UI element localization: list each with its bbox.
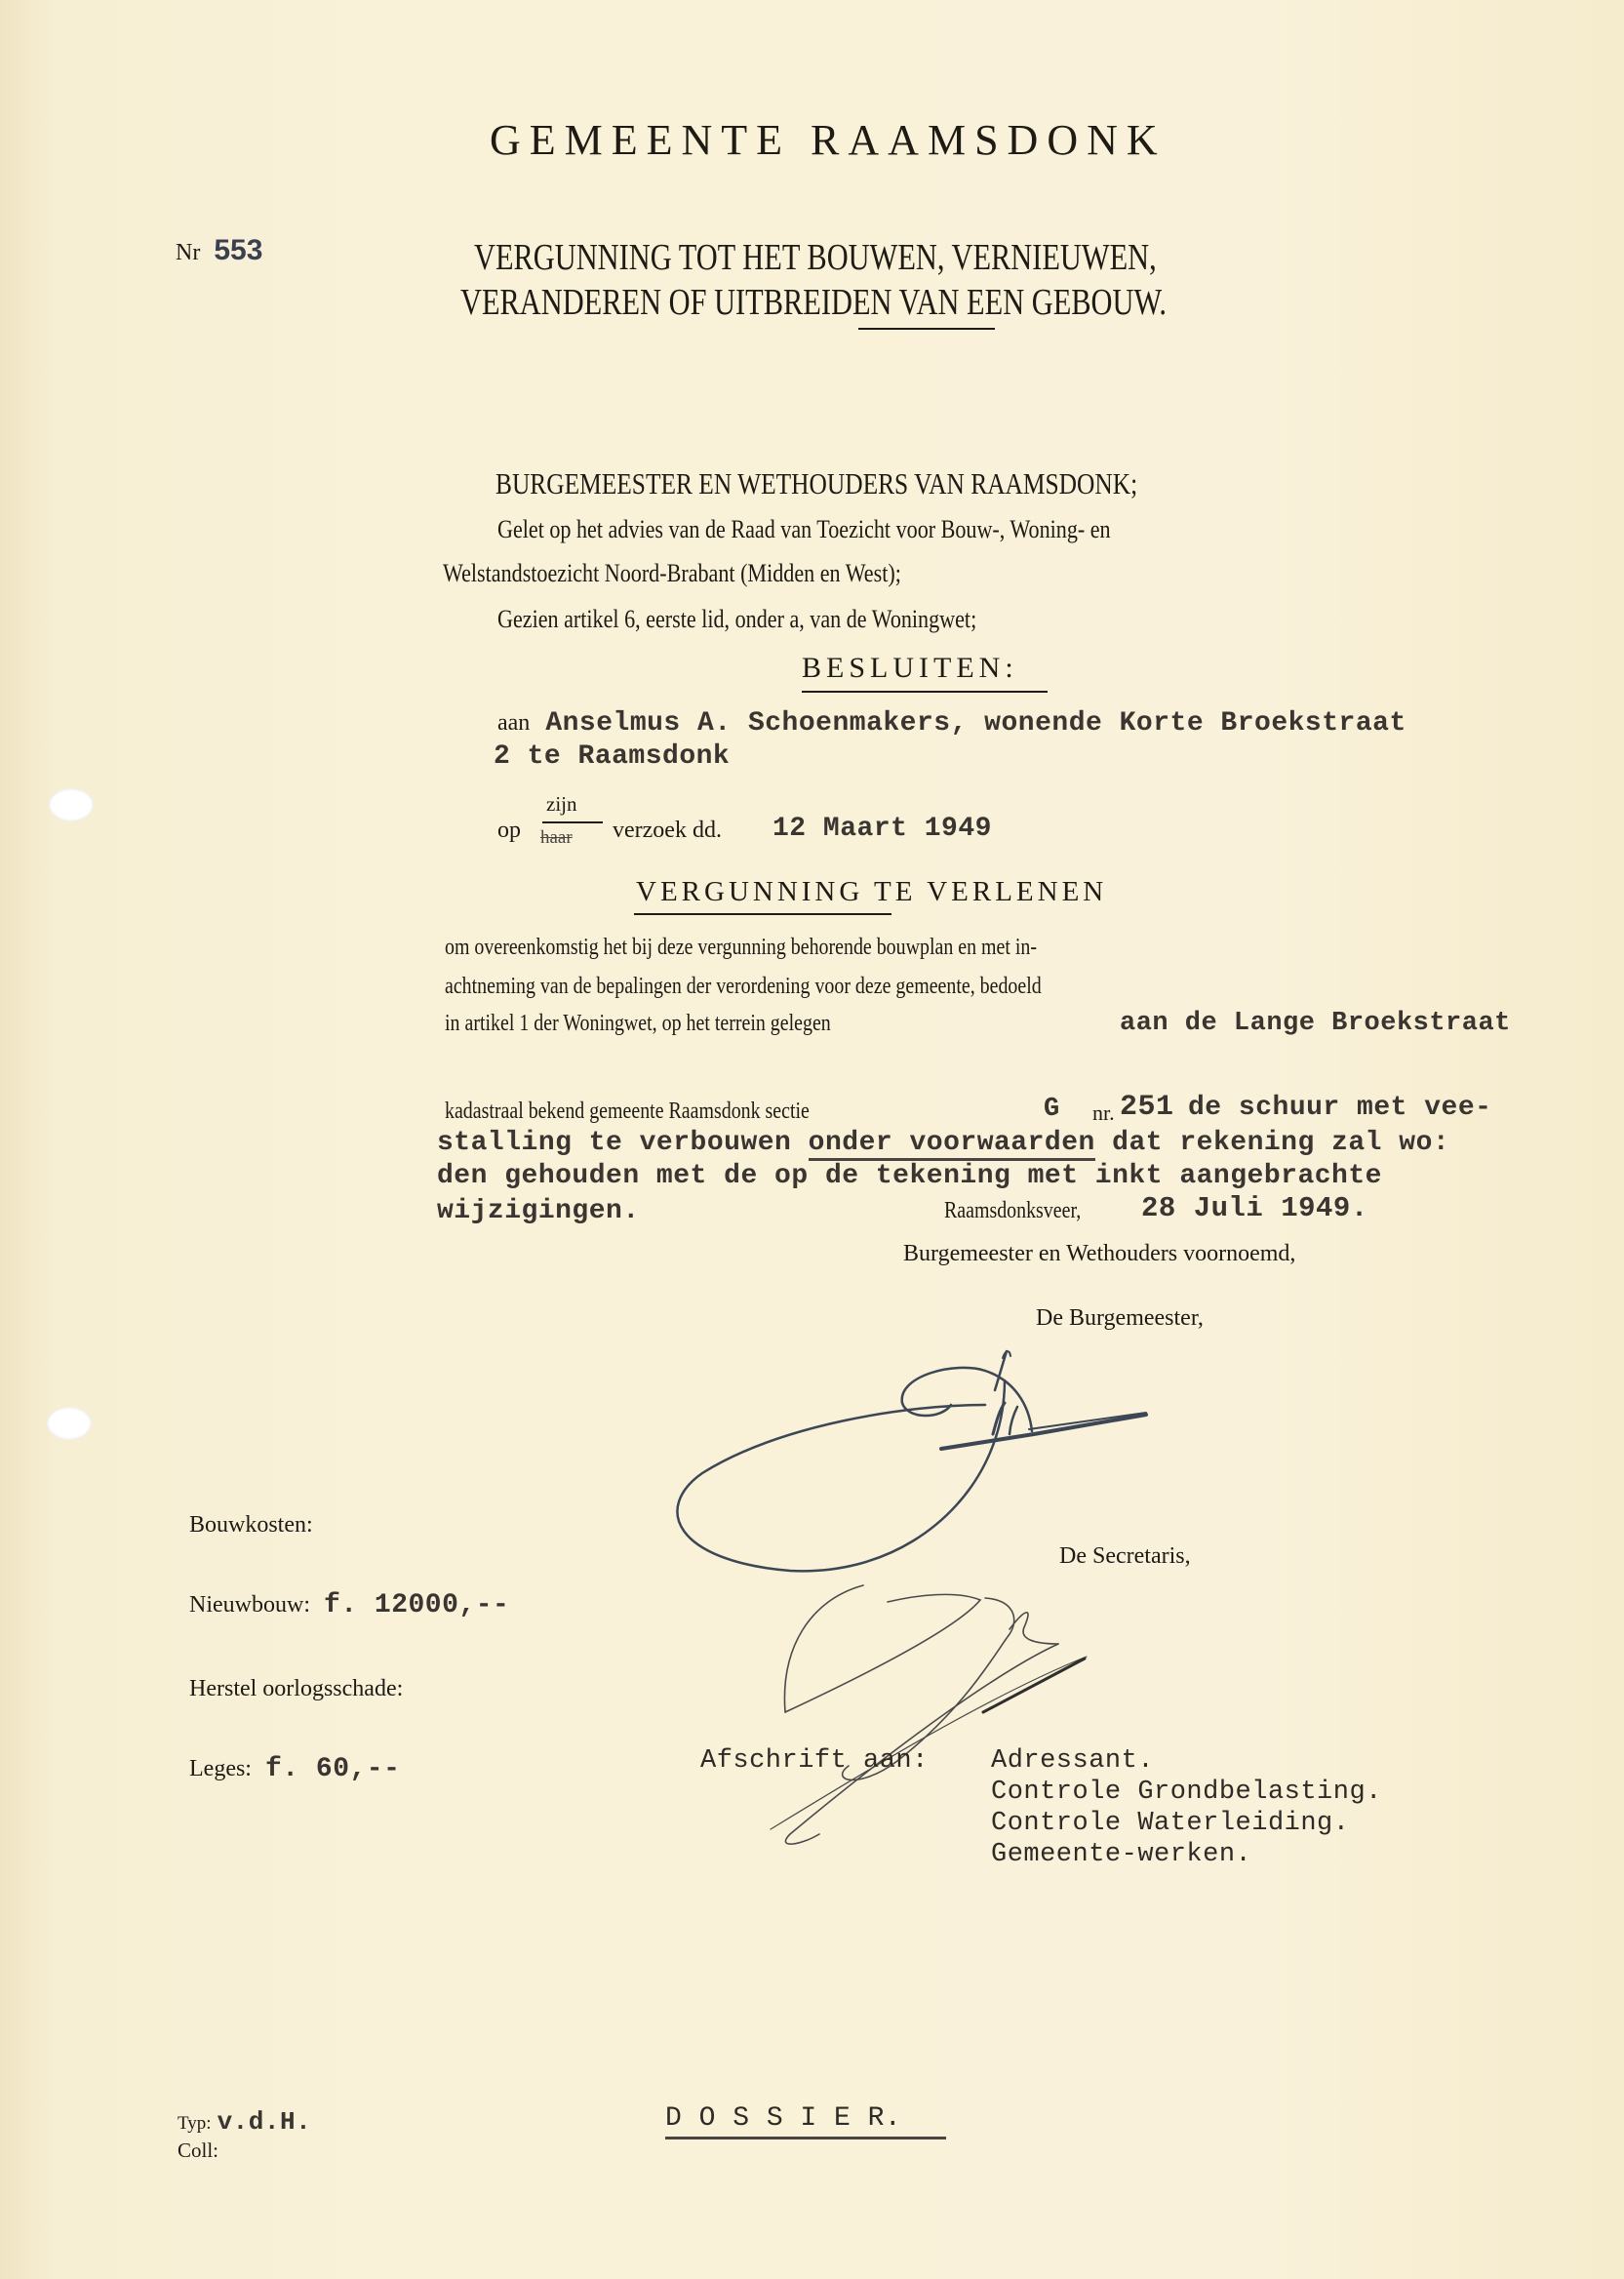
preamble-line3: Gezien artikel 6, eerste lid, onder a, v… [497, 605, 976, 634]
dossier-underline [665, 2137, 946, 2139]
fees-value: f. 60,-- [265, 1754, 400, 1784]
applicant-prefix: aan [497, 710, 530, 736]
permit-title-line1: VERGUNNING TOT HET BOUWEN, VERNIEUWEN, [474, 236, 1157, 279]
request-label: verzoek dd. [613, 818, 722, 844]
new-build-value: f. 12000,-- [324, 1590, 509, 1620]
request-date: 12 Maart 1949 [772, 814, 992, 844]
copies-recipient-3: Controle Waterleiding. [991, 1809, 1349, 1838]
decision-line5: stalling te verbouwen onder voorwaarden … [437, 1128, 1449, 1158]
preamble-line1: Gelet op het advies van de Raad van Toez… [497, 515, 1111, 544]
decision-underline [634, 913, 891, 915]
copies-recipient-2: Controle Grondbelasting. [991, 1778, 1382, 1807]
decision-line4: kadastraal bekend gemeente Raamsdonk sec… [445, 1099, 884, 1125]
decision-line4-printed: kadastraal bekend gemeente Raamsdonk sec… [445, 1099, 810, 1125]
decision-line6: den gehouden met de op de tekening met i… [437, 1161, 1382, 1191]
besluiten-heading: BESLUITEN: [802, 652, 1018, 685]
costs-heading: Bouwkosten: [189, 1512, 313, 1539]
decision-line5-b: dat rekening zal wo: [1112, 1128, 1449, 1158]
decision-heading: VERGUNNING TE VERLENEN [636, 876, 1107, 908]
decision-description: de schuur met vee- [1188, 1093, 1491, 1123]
fees-label: Leges: [189, 1756, 252, 1781]
new-build-row: Nieuwbouw: f. 12000,-- [189, 1590, 509, 1620]
decision-line2: achtneming van de bepalingen der verorde… [445, 974, 1042, 1000]
number-value: 553 [214, 234, 262, 266]
dossier-label: D O S S I E R. [665, 2103, 901, 2134]
request-option-haar-struck: haar [540, 827, 573, 849]
conditions-underlined: onder voorwaarden [809, 1128, 1095, 1161]
permit-title-line2: VERANDEREN OF UITBREIDEN VAN EEN GEBOUW. [460, 281, 1167, 324]
signoff-place-date: Raamsdonksveer, 28 Juli 1949. [944, 1198, 1109, 1224]
request-fraction-line [542, 821, 603, 823]
request-option-zijn: zijn [546, 792, 577, 817]
decision-line3: in artikel 1 der Woningwet, op het terre… [445, 1011, 1010, 1037]
municipality-title: GEMEENTE RAAMSDONK [490, 115, 1167, 165]
fees-row: Leges: f. 60,-- [189, 1754, 400, 1784]
signoff-authority: Burgemeester en Wethouders voornoemd, [903, 1241, 1295, 1267]
punch-hole-top [49, 788, 94, 821]
permit-number: Nr 553 [176, 234, 262, 267]
war-damage-label: Herstel oorlogsschade: [189, 1676, 403, 1701]
war-damage-row: Herstel oorlogsschade: [189, 1674, 403, 1704]
cadastral-section: G [1044, 1095, 1060, 1124]
request-prefix: op [497, 818, 521, 844]
applicant-line1: aan Anselmus A. Schoenmakers, wonende Ko… [497, 708, 1406, 739]
new-build-label: Nieuwbouw: [189, 1592, 310, 1618]
number-label: Nr [176, 240, 200, 265]
typist-row: Typ: v.d.H. [178, 2107, 311, 2137]
coll-label: Coll: [178, 2139, 218, 2163]
copies-label: Afschrift aan: [700, 1746, 929, 1776]
typist-label: Typ: [178, 2113, 212, 2134]
decision-line7: wijzigingen. [437, 1196, 640, 1226]
decision-line1: om overeenkomstig het bij deze vergunnin… [445, 935, 1037, 961]
besluiten-underline [802, 691, 1048, 693]
copies-recipient-1: Adressant. [991, 1746, 1154, 1776]
parcel-number: 251 [1120, 1091, 1174, 1124]
signoff-date: 28 Juli 1949. [1141, 1192, 1368, 1224]
preamble-heading: BURGEMEESTER EN WETHOUDERS VAN RAAMSDONK… [495, 466, 1137, 501]
copies-recipient-4: Gemeente-werken. [991, 1840, 1251, 1869]
title-underline [858, 328, 995, 330]
applicant-name-address: Anselmus A. Schoenmakers, wonende Korte … [545, 708, 1406, 739]
decision-location: aan de Lange Broekstraat [1120, 1009, 1511, 1038]
decision-line5-a: stalling te verbouwen [437, 1128, 791, 1158]
typist-initials: v.d.H. [218, 2107, 312, 2137]
applicant-line2: 2 te Raamsdonk [494, 741, 730, 772]
decision-line3-printed: in artikel 1 der Woningwet, op het terre… [445, 1011, 914, 1037]
preamble-line2: Welstandstoezicht Noord-Brabant (Midden … [443, 559, 901, 588]
punch-hole-bottom [47, 1407, 92, 1440]
signoff-place: Raamsdonksveer, [944, 1198, 1081, 1224]
nr-label: nr. [1092, 1100, 1115, 1126]
